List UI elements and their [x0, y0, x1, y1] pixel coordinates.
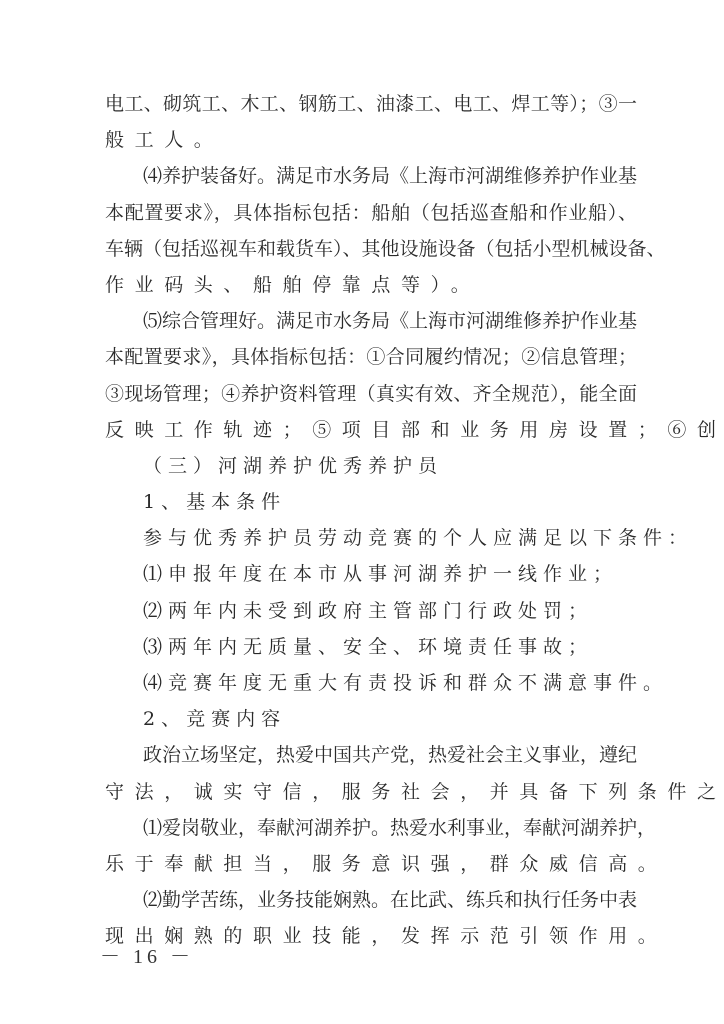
- paragraph-item-5: ⑸综合管理好。满足市水务局《上海市河湖维修养护作业基: [105, 303, 637, 339]
- text-line: 本配置要求》，具体指标包括：船舶（包括巡查船和作业船）、: [105, 195, 637, 231]
- content-item-1: ⑴爱岗敬业，奉献河湖养护。热爱水利事业，奉献河湖养护，: [105, 810, 637, 846]
- condition-item-4: ⑷竞赛年度无重大有责投诉和群众不满意事件。: [105, 665, 637, 701]
- document-body: 电工、砌筑工、木工、钢筋工、油漆工、电工、焊工等）；③一 般工人。 ⑷养护装备好…: [105, 86, 637, 955]
- condition-item-1: ⑴申报年度在本市从事河湖养护一线作业；: [105, 556, 637, 592]
- condition-item-2: ⑵两年内未受到政府主管部门行政处罚；: [105, 593, 637, 629]
- text-line: 般工人。: [105, 122, 637, 158]
- paragraph-item-4: ⑷养护装备好。满足市水务局《上海市河湖维修养护作业基: [105, 158, 637, 194]
- text-line: 政治立场坚定，热爱中国共产党，热爱社会主义事业，遵纪: [105, 737, 637, 773]
- section-heading-3: （三）河湖养护优秀养护员: [105, 448, 637, 484]
- text-line: ③现场管理；④养护资料管理（真实有效、齐全规范），能全面: [105, 376, 637, 412]
- text-line: 作业码头、船舶停靠点等）。: [105, 267, 637, 303]
- text-line: 守法，诚实守信，服务社会，并具备下列条件之一：: [105, 774, 637, 810]
- subheading-basic-conditions: 1、基本条件: [105, 484, 637, 520]
- text-line: 乐于奉献担当，服务意识强，群众威信高。: [105, 846, 637, 882]
- text-line: 参与优秀养护员劳动竞赛的个人应满足以下条件：: [105, 520, 637, 556]
- page-number: － 16 －: [100, 940, 194, 969]
- text-line: 反映工作轨迹；⑤项目部和业务用房设置；⑥创新。: [105, 412, 637, 448]
- text-line: 车辆（包括巡视车和载货车）、其他设施设备（包括小型机械设备、: [105, 231, 637, 267]
- subheading-competition-content: 2、竞赛内容: [105, 701, 637, 737]
- content-item-2: ⑵勤学苦练，业务技能娴熟。在比武、练兵和执行任务中表: [105, 882, 637, 918]
- text-line: 本配置要求》，具体指标包括：①合同履约情况；②信息管理；: [105, 339, 637, 375]
- condition-item-3: ⑶两年内无质量、安全、环境责任事故；: [105, 629, 637, 665]
- text-line: 电工、砌筑工、木工、钢筋工、油漆工、电工、焊工等）；③一: [105, 86, 637, 122]
